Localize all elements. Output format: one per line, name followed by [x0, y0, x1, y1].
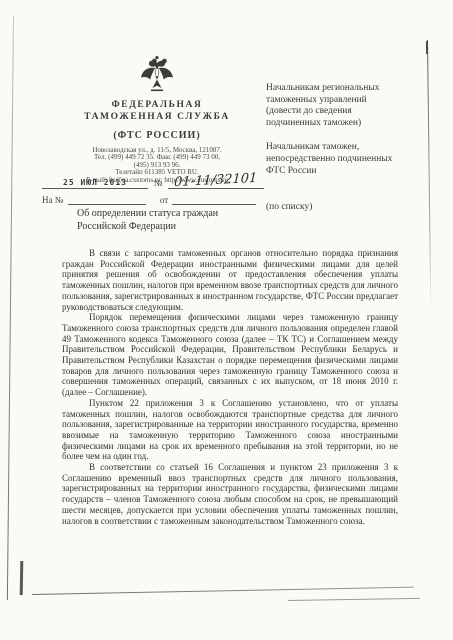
incoming-date-blank: [172, 204, 256, 205]
double-headed-eagle-icon: [139, 55, 175, 95]
org-name-line1: ФЕДЕРАЛЬНАЯ: [53, 99, 261, 111]
body-paragraph-2: Порядок перемещения физическими лицами ч…: [62, 312, 398, 398]
outgoing-number-handwritten: 01-11/32101: [174, 171, 258, 190]
paper-edge-bottom-mark: [20, 561, 24, 595]
letterhead: ФЕДЕРАЛЬНАЯ ТАМОЖЕННАЯ СЛУЖБА (ФТС РОССИ…: [53, 55, 261, 184]
scanned-letter-page: ФЕДЕРАЛЬНАЯ ТАМОЖЕННАЯ СЛУЖБА (ФТС РОССИ…: [0, 0, 453, 640]
incoming-from-label: от: [156, 195, 172, 205]
number-sign: №: [148, 178, 168, 189]
outgoing-number-field: 01-11/32101: [168, 173, 264, 189]
body-paragraph-4: В соответствии со статьей 16 Соглашения …: [62, 462, 398, 526]
date-stamp: 25 ИЮЛ 2013: [63, 178, 127, 187]
body-paragraph-1: В связи с запросами таможенных органов о…: [62, 248, 398, 312]
org-name-line2: ТАМОЖЕННАЯ СЛУЖБА: [53, 111, 261, 123]
letter-body: В связи с запросами таможенных органов о…: [62, 248, 398, 526]
addressee-block-3: (по списку): [266, 202, 431, 214]
date-field: 25 ИЮЛ 2013: [42, 177, 148, 189]
addressee-block-2: Начальникам таможен, непосредственно под…: [266, 142, 431, 177]
org-name-line3: (ФТС РОССИИ): [53, 130, 261, 141]
addressees: Начальникам региональных таможенных упра…: [266, 83, 431, 227]
reference-block: 25 ИЮЛ 2013 № 01-11/32101 На № от: [42, 171, 264, 205]
paper-edge-right-mark: [426, 41, 428, 54]
paper-edge-left: [7, 16, 14, 600]
incoming-number-blank: [68, 204, 146, 205]
paper-edge-bottom-2: [288, 598, 420, 601]
addressee-block-1: Начальникам региональных таможенных упра…: [266, 83, 431, 129]
incoming-number-label: На №: [42, 195, 68, 205]
letter-subject: Об определении статуса граждан Российско…: [77, 208, 267, 233]
paper-edge-bottom: [32, 587, 414, 595]
body-paragraph-3: Пунктом 22 приложения 3 к Соглашению уст…: [62, 398, 398, 462]
